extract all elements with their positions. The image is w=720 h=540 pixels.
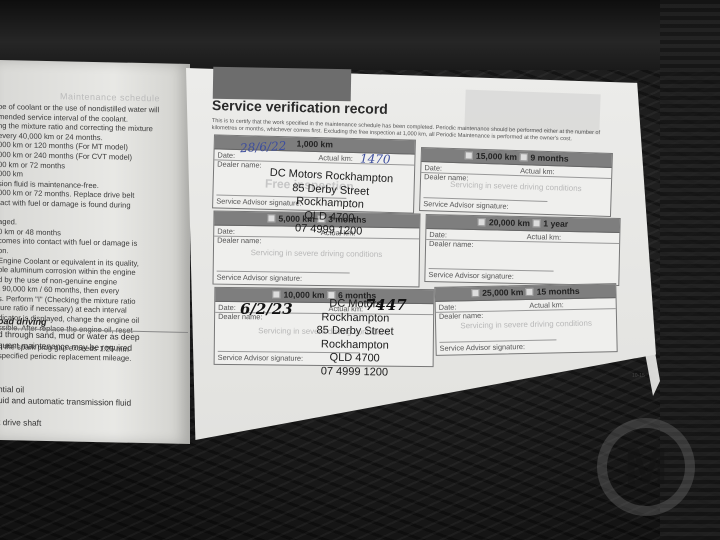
checkbox-km[interactable] — [465, 151, 473, 159]
handwritten-date-1: 28/6/22 — [240, 139, 287, 155]
actual-km-label: Actual km: — [527, 232, 562, 242]
interval-km: 15,000 km — [476, 151, 517, 162]
interval-months: 1 year — [543, 218, 568, 229]
actual-km-label: Actual km: — [318, 153, 353, 163]
actual-km-label: Actual km: — [529, 300, 564, 310]
handwritten-date-2: 6/2/23 — [240, 300, 293, 318]
checkbox-km[interactable] — [471, 289, 479, 297]
checkbox-km[interactable] — [478, 218, 486, 226]
stamp-line: 85 Derby Street — [300, 324, 410, 340]
dealer-name-label: Dealer name: — [217, 236, 261, 246]
watermark-logo-icon: M — [597, 418, 695, 516]
severe-conditions-text: Servicing in severe driving conditions — [214, 248, 419, 260]
checkbox-months[interactable] — [532, 219, 540, 227]
date-label: Date: — [217, 150, 235, 159]
date-label: Date: — [218, 303, 236, 312]
dealer-name-label: Dealer name: — [429, 239, 474, 249]
page-number: 10-15 — [632, 373, 645, 379]
advisor-signature-label: Service Advisor signature: — [439, 339, 556, 352]
stamp-line: 07 4999 1200 — [299, 365, 409, 381]
service-record-box: 15,000 km 9 monthsDate:Actual km:Dealer … — [419, 147, 613, 217]
date-label: Date: — [217, 227, 235, 236]
dealer-name-label: Dealer name: — [439, 311, 484, 321]
dealer-stamp-1: DC Motors Rockhampton85 Derby StreetRock… — [253, 166, 406, 242]
left-faint-heading: Maintenance schedule — [60, 91, 160, 103]
actual-km-label: Actual km: — [520, 166, 555, 176]
date-label: Date: — [429, 230, 447, 239]
left-page: Maintenance schedule pe of coolant or th… — [0, 60, 190, 444]
interval-km: 1,000 km — [296, 139, 333, 150]
advisor-signature-label: Service Advisor signature: — [428, 268, 554, 282]
severe-conditions-text: Servicing in severe driving conditions — [421, 179, 611, 194]
handwritten-km-2: 7447 — [365, 296, 407, 314]
service-record-box: 25,000 km 15 monthsDate:Actual km:Dealer… — [434, 283, 617, 356]
date-label: Date: — [439, 302, 457, 311]
checkbox-months[interactable] — [519, 153, 527, 161]
watermark-letter: M — [624, 437, 667, 497]
interval-months: 9 months — [530, 152, 568, 163]
service-record-box: 20,000 km 1 yearDate:Actual km:Dealer na… — [424, 214, 620, 286]
section-body: d through sand, mud or water as deepquen… — [0, 329, 188, 444]
left-section: oad driving d through sand, mud or water… — [0, 310, 188, 444]
interval-months: 15 months — [537, 286, 580, 297]
advisor-signature-label: Service Advisor signature: — [423, 197, 547, 212]
handwritten-km-1: 1470 — [360, 151, 391, 166]
checkbox-km[interactable] — [272, 290, 280, 298]
checkbox-months[interactable] — [526, 288, 534, 296]
interval-km: 25,000 km — [482, 287, 523, 298]
dealer-name-label: Dealer name: — [217, 159, 262, 169]
interval-km: 20,000 km — [489, 217, 530, 228]
advisor-signature-label: Service Advisor signature: — [217, 271, 350, 284]
header-bar — [213, 67, 352, 101]
seat-seam — [0, 0, 720, 70]
